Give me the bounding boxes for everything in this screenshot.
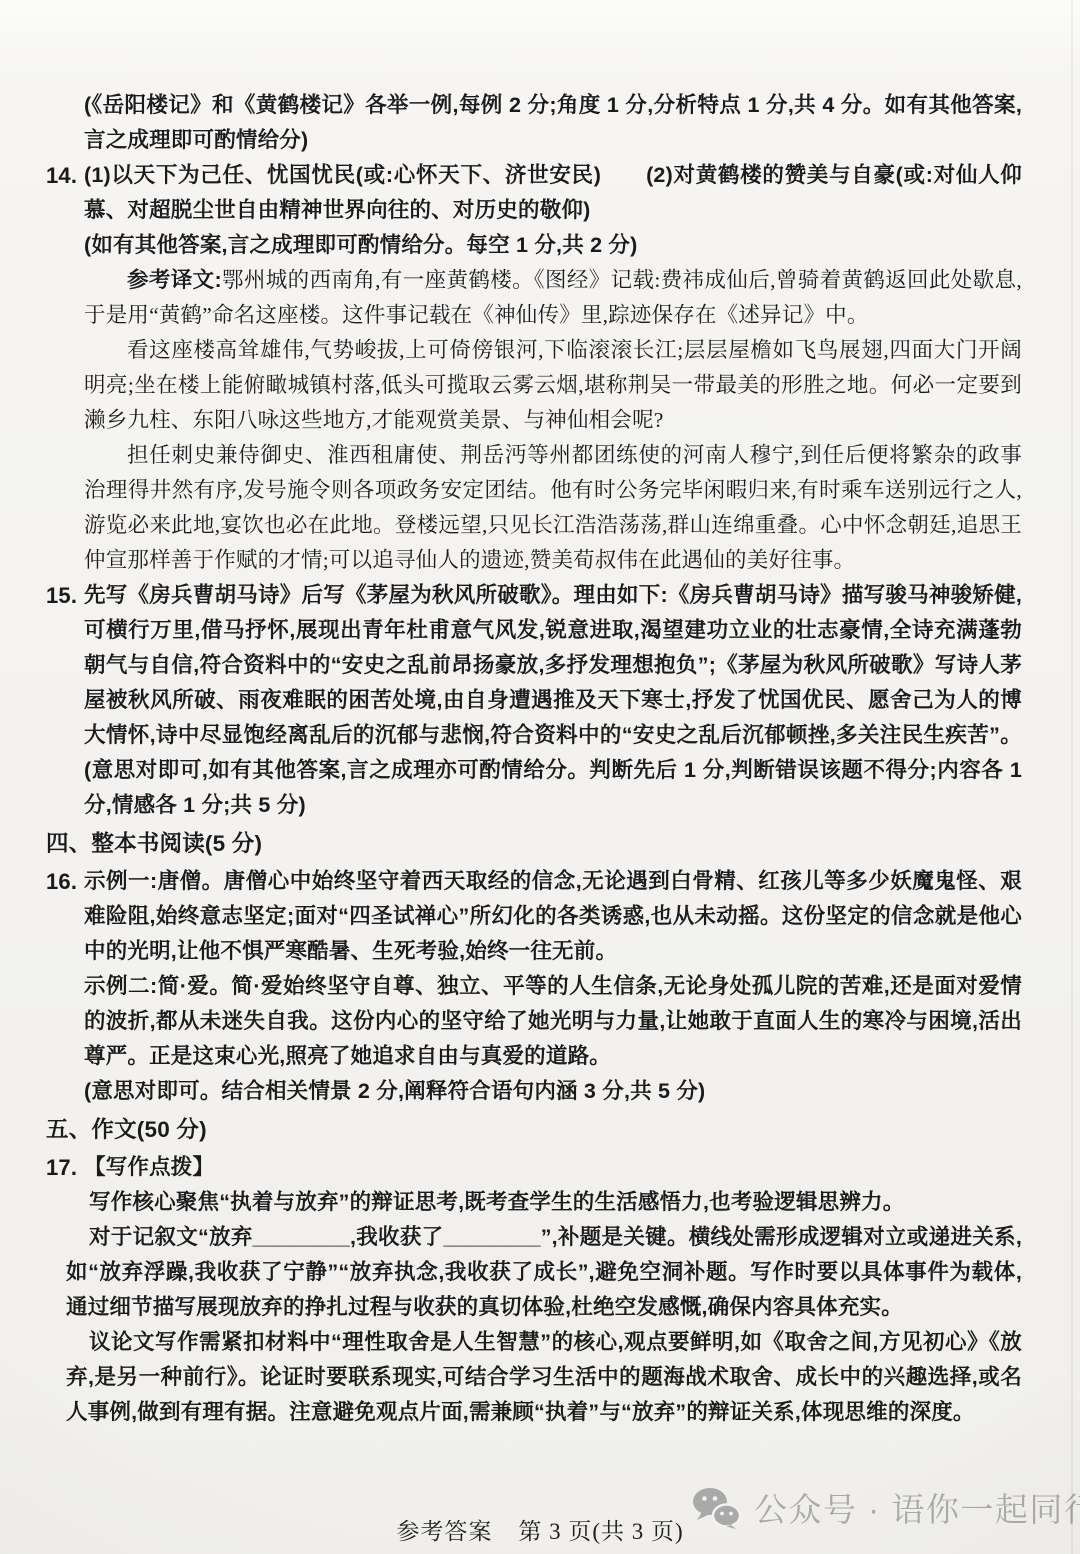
q13-scoring-note: (《岳阳楼记》和《黄鹤楼记》各举一例,每例 2 分;角度 1 分,分析特点 1 … [46,88,1022,158]
translation-label: 参考译文: [127,268,222,292]
q17-paragraph-1: 写作核心聚焦“执着与放弃”的辩证思考,既考查学生的生活感悟力,也考验逻辑思辨力。 [66,1185,1022,1220]
question-14-number: 14. [46,158,77,193]
q14-translation-p3: 担任刺史兼侍御史、淮西租庸使、荆岳沔等州都团练使的河南人穆宁,到任后便将繁杂的政… [84,438,1022,578]
q14-answer: (1)以天下为己任、忧国忧民(或:心怀天下、济世安民) (2)对黄鹤楼的赞美与自… [84,158,1022,228]
question-15: 15. 先写《房兵曹胡马诗》后写《茅屋为秋风所破歌》。理由如下:《房兵曹胡马诗》… [46,578,1022,823]
question-16-number: 16. [46,864,77,899]
footer-page-number: 第 3 页(共 3 页) [518,1519,683,1544]
question-17: 17. 【写作点拨】 写作核心聚焦“执着与放弃”的辩证思考,既考查学生的生活感悟… [46,1150,1022,1430]
q16-example-2: 示例二:简·爱。简·爱始终坚守自尊、独立、平等的人生信条,无论身处孤儿院的苦难,… [84,969,1022,1074]
translation-p1-text: 鄂州城的西南角,有一座黄鹤楼。《图经》记载:费祎成仙后,曾骑着黄鹤返回此处歇息,… [84,268,1022,327]
q14-translation-p2: 看这座楼高耸雄伟,气势峻拔,上可倚傍银河,下临滚滚长江;层层屋檐如飞鸟展翅,四面… [84,333,1022,438]
q16-scoring-note: (意思对即可。结合相关情景 2 分,阐释符合语句内涵 3 分,共 5 分) [84,1074,1022,1109]
q14-translation-p1: 参考译文:鄂州城的西南角,有一座黄鹤楼。《图经》记载:费祎成仙后,曾骑着黄鹤返回… [84,263,1022,333]
q17-paragraph-2: 对于记叙文“放弃________,我收获了________”,补题是关键。横线处… [66,1220,1022,1325]
answers-content: (《岳阳楼记》和《黄鹤楼记》各举一例,每例 2 分;角度 1 分,分析特点 1 … [46,88,1022,1430]
q17-paragraph-3: 议论文写作需紧扣材料中“理性取舍是人生智慧”的核心,观点要鲜明,如《取舍之间,方… [66,1325,1022,1430]
q16-example-1: 示例一:唐僧。唐僧心中始终坚守着西天取经的信念,无论遇到白骨精、红孩儿等多少妖魔… [84,864,1022,969]
q17-heading: 【写作点拨】 [84,1150,1022,1185]
section-5-heading: 五、作文(50 分) [46,1112,1022,1147]
question-15-number: 15. [46,578,77,613]
answer-sheet-page: (《岳阳楼记》和《黄鹤楼记》各举一例,每例 2 分;角度 1 分,分析特点 1 … [0,0,1080,1554]
q17-guidance: 写作核心聚焦“执着与放弃”的辩证思考,既考查学生的生活感悟力,也考验逻辑思辨力。… [66,1185,1022,1430]
section-4-heading: 四、整本书阅读(5 分) [46,826,1022,861]
question-17-number: 17. [46,1150,77,1185]
q14-scoring-note: (如有其他答案,言之成理即可酌情给分。每空 1 分,共 2 分) [84,228,1022,263]
question-16: 16. 示例一:唐僧。唐僧心中始终坚守着西天取经的信念,无论遇到白骨精、红孩儿等… [46,864,1022,1109]
q15-answer: 先写《房兵曹胡马诗》后写《茅屋为秋风所破歌》。理由如下:《房兵曹胡马诗》描写骏马… [84,578,1022,823]
page-footer: 参考答案第 3 页(共 3 页) [0,1513,1080,1546]
question-14: 14. (1)以天下为己任、忧国忧民(或:心怀天下、济世安民) (2)对黄鹤楼的… [46,158,1022,578]
footer-doc-title: 参考答案 [396,1519,492,1544]
